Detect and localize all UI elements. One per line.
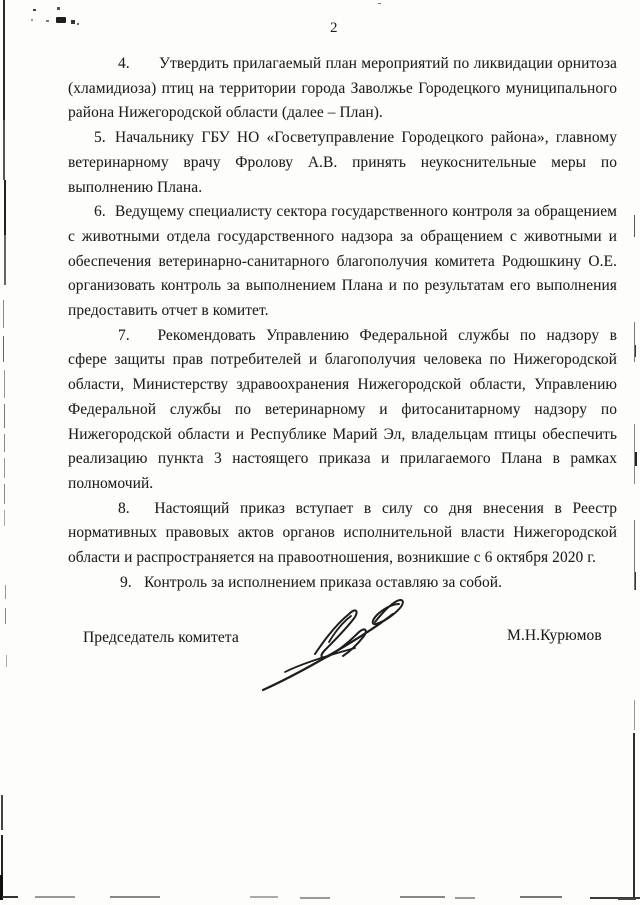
scan-artifact — [300, 897, 330, 899]
scan-artifact — [31, 19, 33, 21]
item-number: 8. — [118, 500, 130, 517]
scan-artifact — [3, 336, 4, 362]
page-number: 2 — [330, 20, 338, 37]
scan-artifact — [77, 23, 79, 25]
scanned-document-page: 2 4.Утвердить прилагаемый план мероприят… — [0, 0, 640, 905]
handwritten-signature — [255, 592, 415, 697]
scan-artifact — [57, 7, 60, 10]
scan-artifact — [455, 897, 475, 899]
scan-artifact — [4, 180, 6, 235]
order-item-4: 4.Утвердить прилагаемый план мероприятий… — [68, 52, 617, 126]
item-number: 7. — [118, 327, 130, 344]
item-text: Контроль за исполнением приказа оставляю… — [144, 574, 502, 591]
scan-artifact — [400, 896, 445, 898]
item-text: Настоящий приказ вступает в силу со дня … — [68, 500, 617, 566]
scan-artifact — [3, 120, 5, 180]
scan-artifact — [1, 835, 3, 875]
scan-artifact — [633, 733, 635, 900]
scan-artifact — [46, 20, 49, 22]
scan-artifact — [3, 300, 4, 328]
item-number: 9. — [120, 574, 132, 591]
item-number: 6. — [94, 203, 106, 220]
scan-artifact — [4, 510, 5, 526]
item-text: Рекомендовать Управлению Федеральной слу… — [68, 327, 617, 492]
scan-artifact — [35, 896, 75, 898]
scan-artifact — [4, 458, 5, 478]
scan-artifact — [4, 370, 5, 398]
document-body: 4.Утвердить прилагаемый план мероприятий… — [68, 52, 617, 595]
scan-artifact — [4, 434, 5, 452]
scan-artifact — [110, 896, 160, 898]
order-item-5: 5.Начальнику ГБУ НО «Госветуправление Го… — [68, 126, 617, 200]
order-item-7: 7.Рекомендовать Управлению Федеральной с… — [68, 324, 617, 497]
item-text: Утвердить прилагаемый план мероприятий п… — [68, 55, 617, 121]
scan-artifact — [2, 896, 18, 898]
scan-artifact — [635, 452, 637, 466]
item-text: Ведущему специалисту сектора государстве… — [68, 203, 617, 319]
scan-artifact — [250, 896, 278, 898]
scan-artifact — [33, 9, 36, 11]
scan-artifact — [56, 17, 66, 23]
scan-artifact — [71, 20, 75, 24]
scan-artifact — [6, 655, 7, 667]
signatory-name: М.Н.Курюмов — [507, 627, 602, 645]
scan-artifact — [520, 896, 562, 898]
order-item-8: 8.Настоящий приказ вступает в силу со дн… — [68, 497, 617, 571]
order-item-6: 6.Ведущему специалисту сектора государст… — [68, 200, 617, 324]
scan-artifact — [1, 795, 3, 830]
item-text: Начальнику ГБУ НО «Госветуправление Горо… — [68, 129, 617, 195]
scan-artifact — [618, 898, 636, 900]
scan-artifact — [4, 235, 6, 285]
scan-artifact — [635, 345, 636, 357]
scan-artifact — [634, 215, 635, 237]
signature-title: Председатель комитета — [83, 629, 239, 647]
item-number: 4. — [118, 55, 130, 72]
scan-artifact — [5, 608, 6, 624]
scan-artifact — [378, 3, 381, 4]
item-number: 5. — [94, 129, 106, 146]
scan-artifact — [635, 572, 636, 590]
scan-artifact — [3, 0, 5, 120]
scan-artifact — [4, 484, 5, 504]
scan-artifact — [5, 585, 6, 599]
scan-artifact — [4, 404, 5, 428]
scan-artifact — [634, 700, 635, 730]
